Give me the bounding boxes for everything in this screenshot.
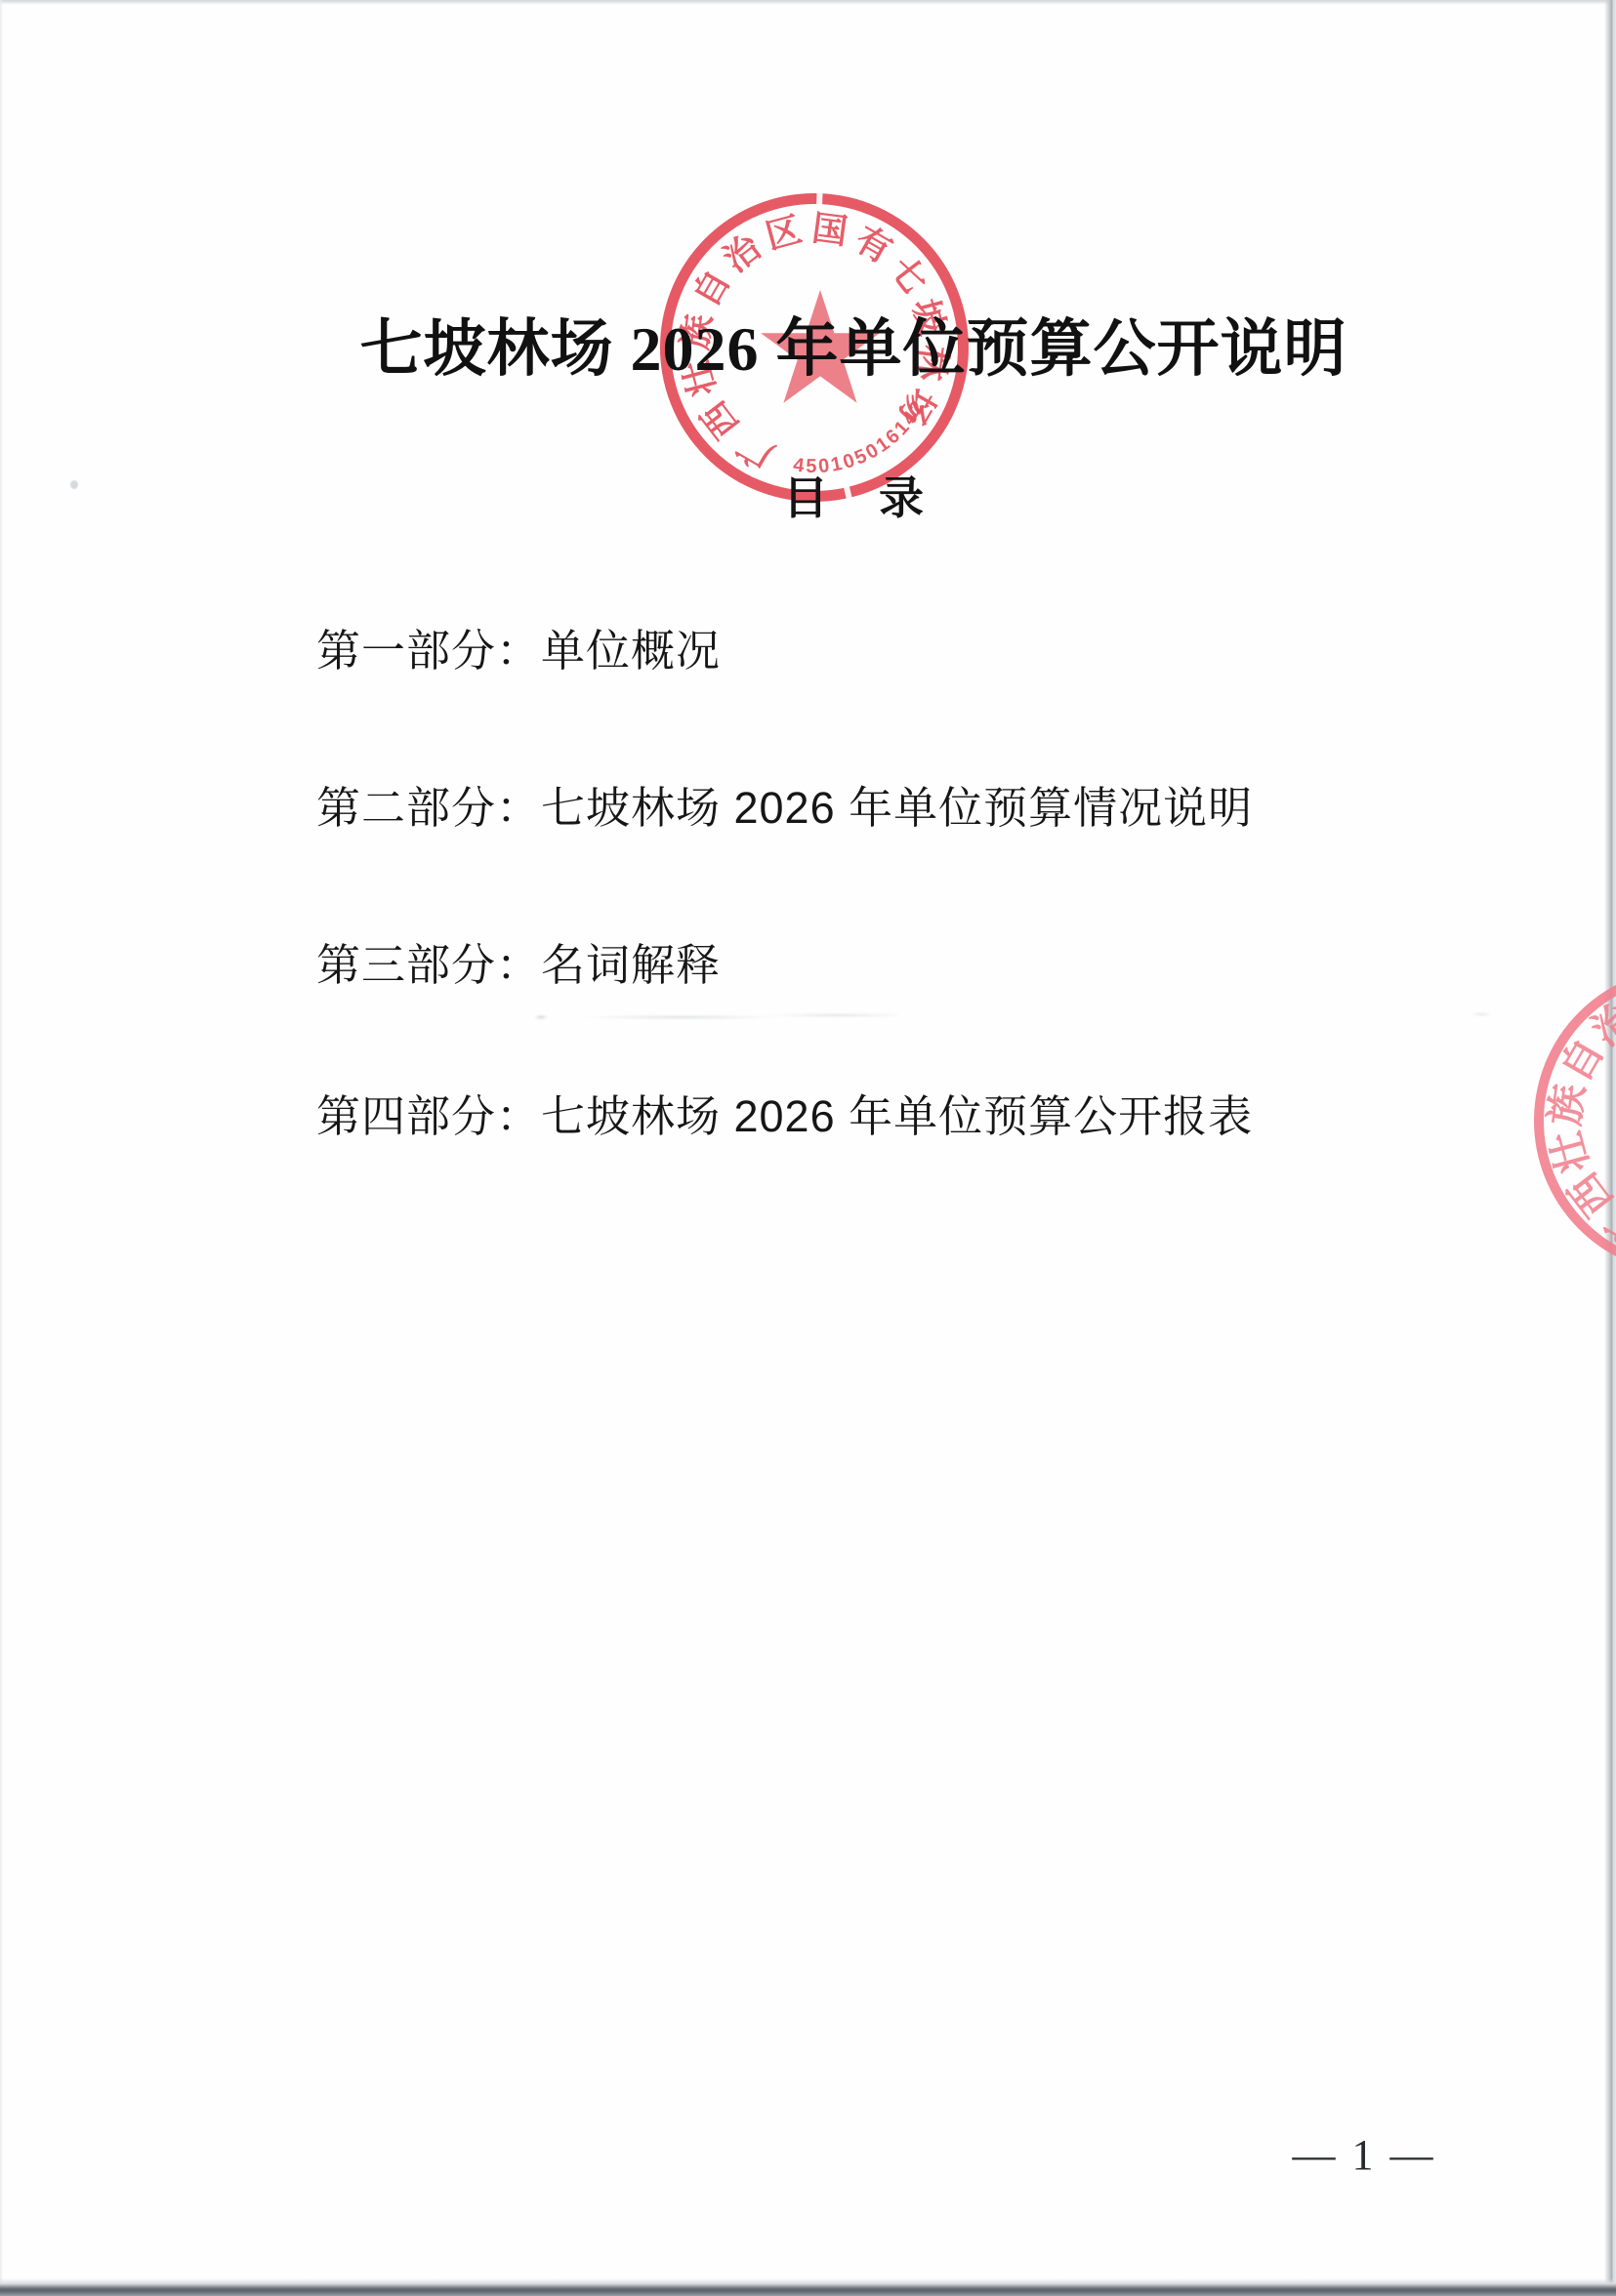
svg-text:区: 区 [762,210,806,257]
svg-text:广: 广 [730,425,780,476]
scanned-document-page: 广西壮族自治区国有七坡林场4501050161422 广西壮族自治区国有七坡林场… [0,0,1616,2296]
svg-text:有: 有 [849,220,898,271]
scan-edge-left [0,0,3,2296]
scan-edge-top [0,0,1616,5]
toc-item-part2: 第二部分：七坡林场 2026 年单位预算情况说明 [316,782,1253,835]
toc-item-part3: 第三部分：名词解释 [316,939,721,992]
official-seal-stamp-partial: 广西壮族自治区国有七坡林场4501050161422 [1512,945,1616,1296]
svg-text:国: 国 [809,209,849,252]
toc-heading: 目录 [783,475,924,520]
toc-item-part4: 第四部分：七坡林场 2026 年单位预算公开报表 [316,1090,1253,1143]
scan-artifact-streak [516,1009,898,1023]
toc-heading-char-2: 录 [879,472,924,523]
svg-text:族: 族 [1543,1082,1594,1128]
page-number: — 1 — [1293,2130,1436,2180]
scan-artifact-speck [1467,1011,1496,1017]
document-title: 七坡林场 2026 年单位预算公开说明 [360,318,1347,381]
toc-heading-char-1: 目 [783,472,828,523]
scan-edge-bottom [0,2278,1616,2296]
svg-text:自: 自 [686,264,738,313]
toc-item-part1: 第一部分：单位概况 [316,625,721,677]
scan-artifact-dot [70,480,78,489]
